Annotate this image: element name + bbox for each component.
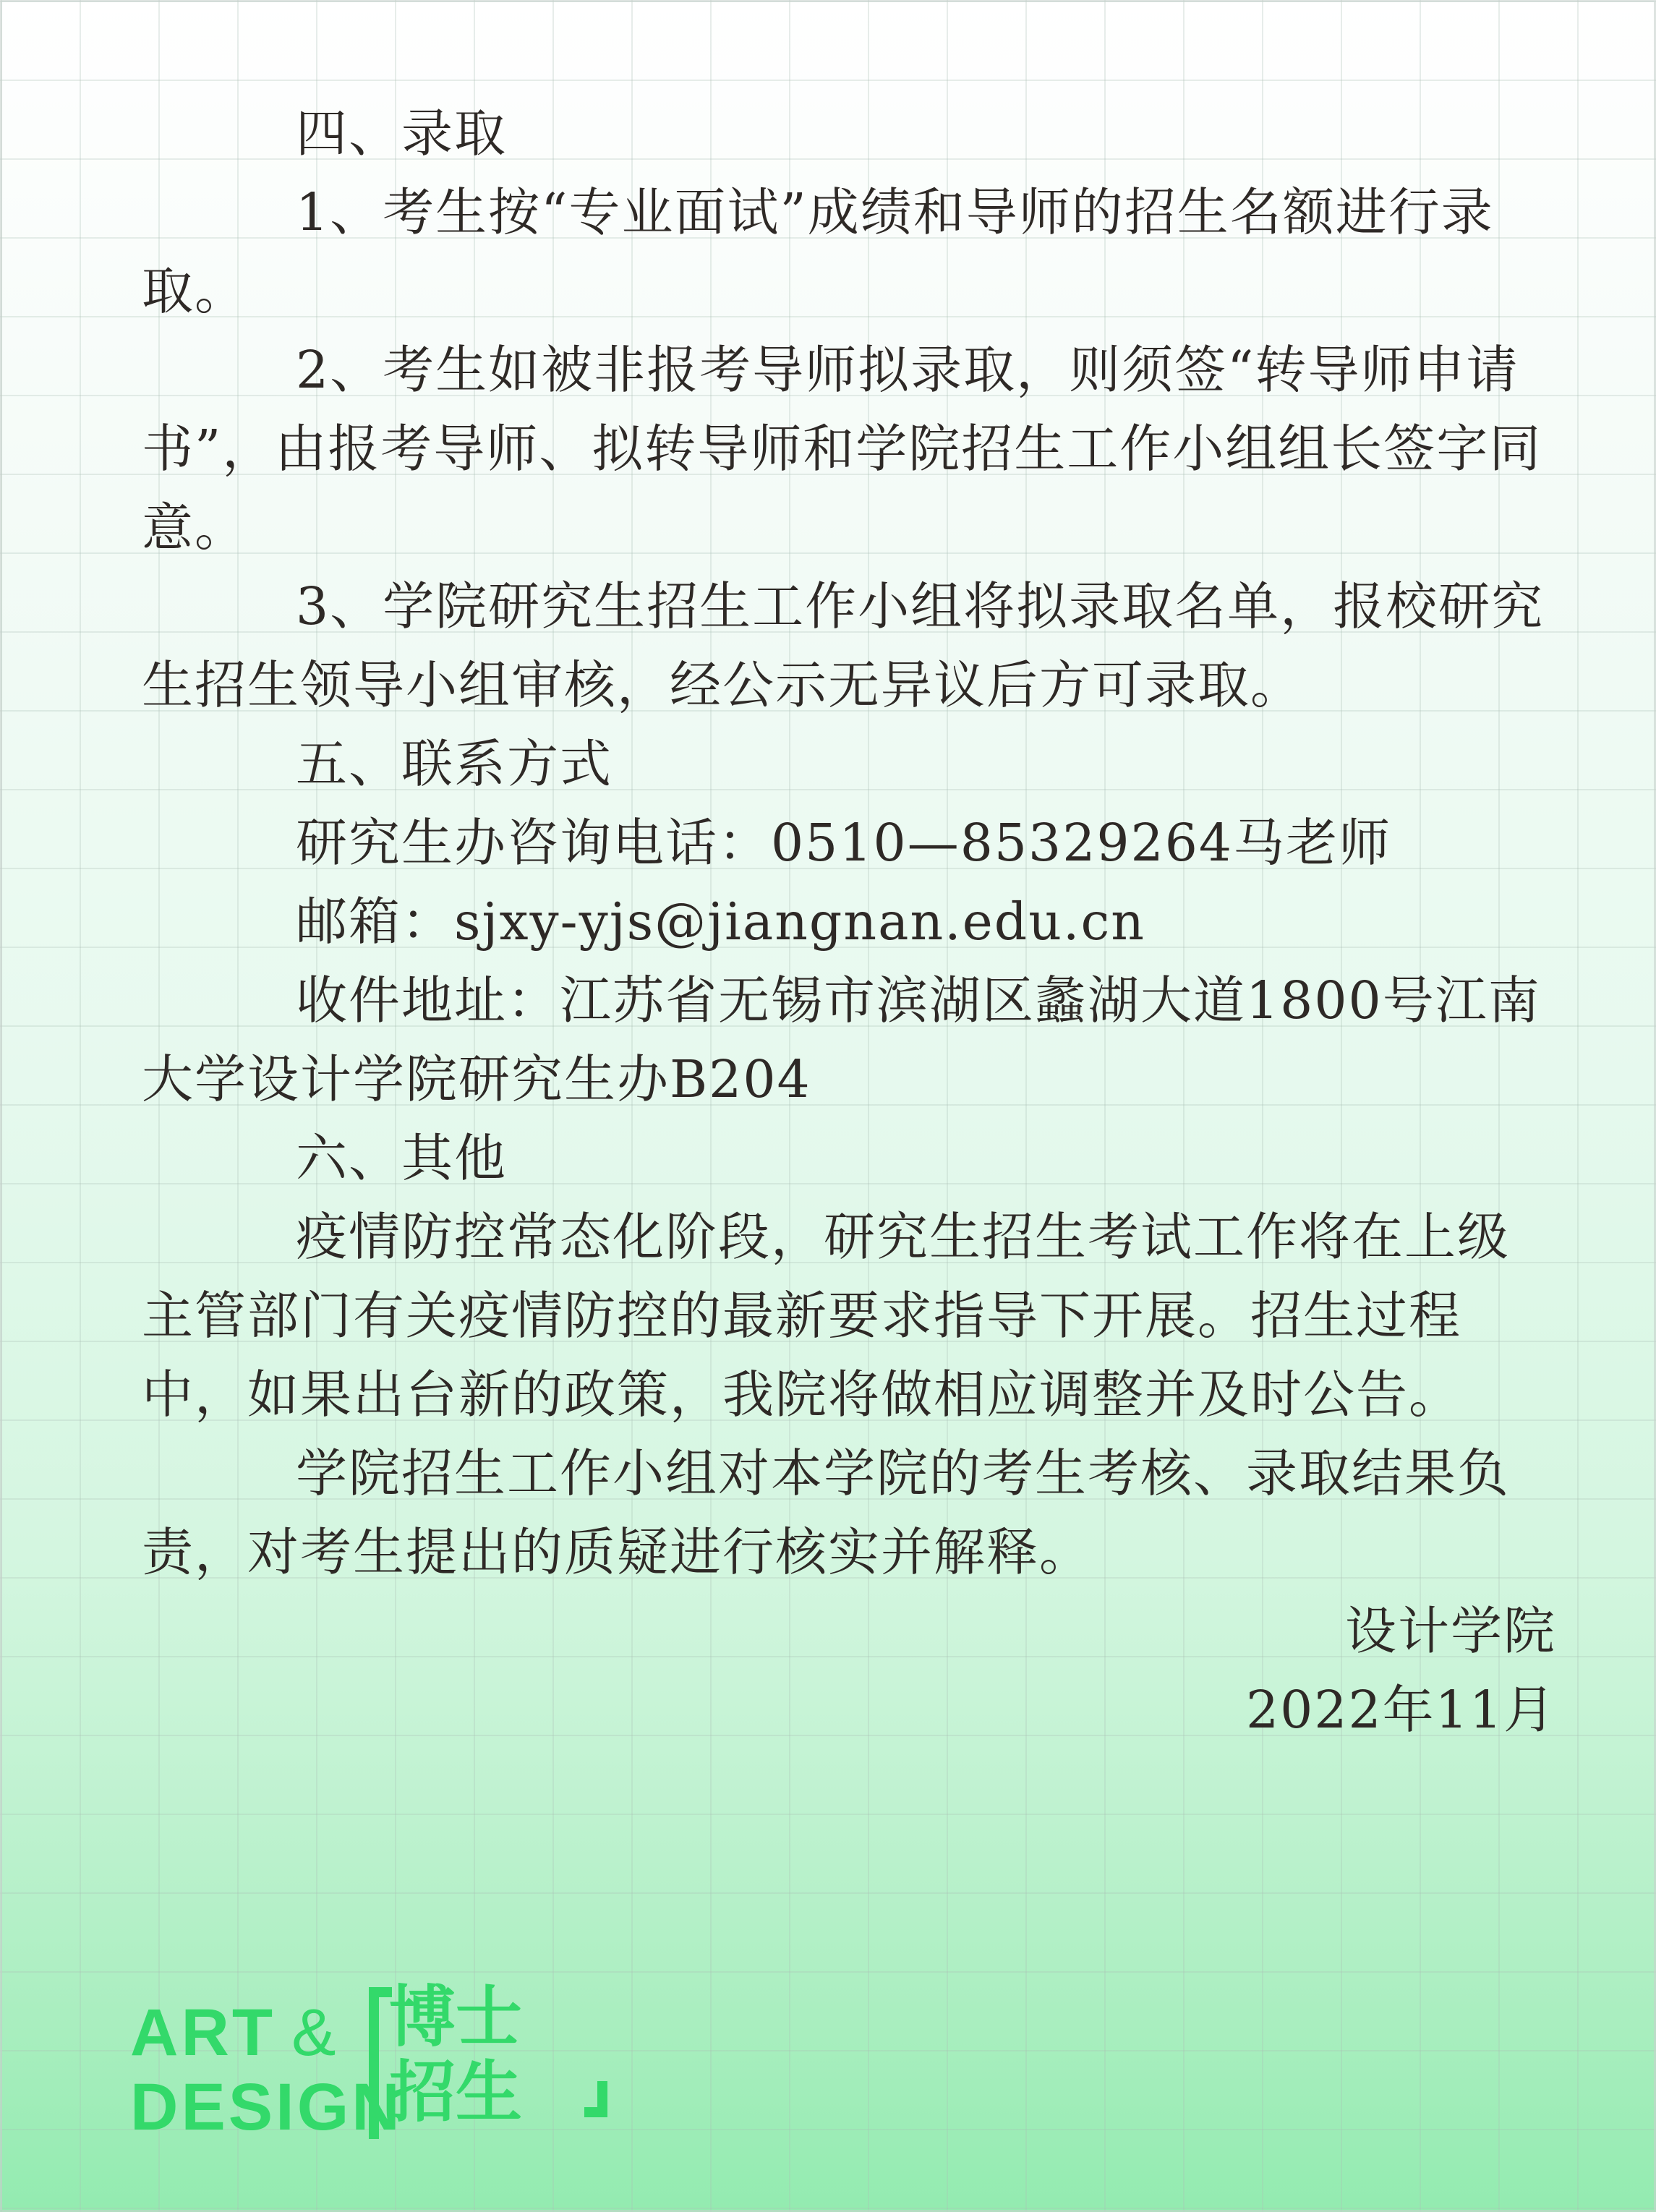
other-paragraph-1: 疫情防控常态化阶段，研究生招生考试工作将在上级主管部门有关疫情防控的最新要求指导… xyxy=(142,1197,1559,1434)
contact-address: 收件地址：江苏省无锡市滨湖区蠡湖大道1800号江南大学设计学院研究生办B204 xyxy=(142,961,1559,1119)
admission-item-3: 3、学院研究生招生工作小组将拟录取名单，报校研究生招生领导小组审核，经公示无异议… xyxy=(142,567,1559,725)
document-body: 四、录取 1、考生按“专业面试”成绩和导师的招生名额进行录取。 2、考生如被非报… xyxy=(142,94,1559,1749)
section-heading-contact: 五、联系方式 xyxy=(142,725,1559,803)
corner-bracket-close-icon xyxy=(597,2081,607,2117)
logo-chinese-text: 博士 招生 xyxy=(389,1980,522,2130)
logo-art: ART xyxy=(130,1996,276,2070)
other-paragraph-2: 学院招生工作小组对本学院的考生考核、录取结果负责，对考生提出的质疑进行核实并解释… xyxy=(142,1434,1559,1592)
logo-cn-line-1: 博士 xyxy=(389,1980,522,2055)
logo-cn-line-2: 招生 xyxy=(389,2055,522,2130)
admission-item-2: 2、考生如被非报考导师拟录取，则须签“转导师申请书”，由报考导师、拟转导师和学院… xyxy=(142,330,1559,567)
contact-phone: 研究生办咨询电话：0510—85329264马老师 xyxy=(142,803,1559,882)
logo-line-2: DESIGN xyxy=(130,2070,403,2145)
signature-date: 2022年11月 xyxy=(142,1670,1559,1749)
logo-english-text: ART& DESIGN xyxy=(130,1996,403,2145)
admission-item-1: 1、考生按“专业面试”成绩和导师的招生名额进行录取。 xyxy=(142,173,1559,330)
section-heading-other: 六、其他 xyxy=(142,1119,1559,1197)
section-heading-admission: 四、录取 xyxy=(142,94,1559,173)
contact-email: 邮箱：sjxy-yjs@jiangnan.edu.cn xyxy=(142,882,1559,961)
signature-organization: 设计学院 xyxy=(142,1592,1559,1670)
corner-bracket-open-icon xyxy=(369,1987,379,2139)
logo-line-1: ART& xyxy=(130,1996,403,2070)
logo-ampersand: & xyxy=(291,1996,338,2070)
